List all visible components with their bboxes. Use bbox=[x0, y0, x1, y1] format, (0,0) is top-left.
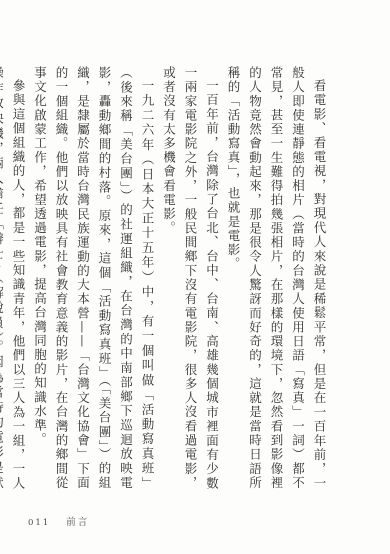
paragraph: 一九二六年（日本大正十五年）中，有一個叫做「活動寫真班」（後來稱「美台團」）的社… bbox=[29, 66, 158, 490]
book-page: 看電影、看電視，對現代人來說是稀鬆平常，但是在一百年前，一般人即使連靜態的相片（… bbox=[0, 0, 390, 554]
page-number: 011 bbox=[28, 518, 50, 528]
paragraph: 參與這個組織的人，都是一些知識青年，他們以三人為一組，一人操作放映機，兩人擔任「… bbox=[0, 66, 29, 490]
paragraph: 看電影、看電視，對現代人來說是稀鬆平常，但是在一百年前，一般人即使連靜態的相片（… bbox=[223, 66, 331, 490]
paragraph: 一百年前，台灣除了台北、台中、台南、高雄幾個城市裡面有少數一兩家電影院之外，一般… bbox=[158, 66, 223, 490]
vertical-text-block: 看電影、看電視，對現代人來說是稀鬆平常，但是在一百年前，一般人即使連靜態的相片（… bbox=[0, 66, 330, 490]
page-footer: 011 前言 bbox=[28, 514, 89, 528]
section-title: 前言 bbox=[66, 514, 89, 528]
